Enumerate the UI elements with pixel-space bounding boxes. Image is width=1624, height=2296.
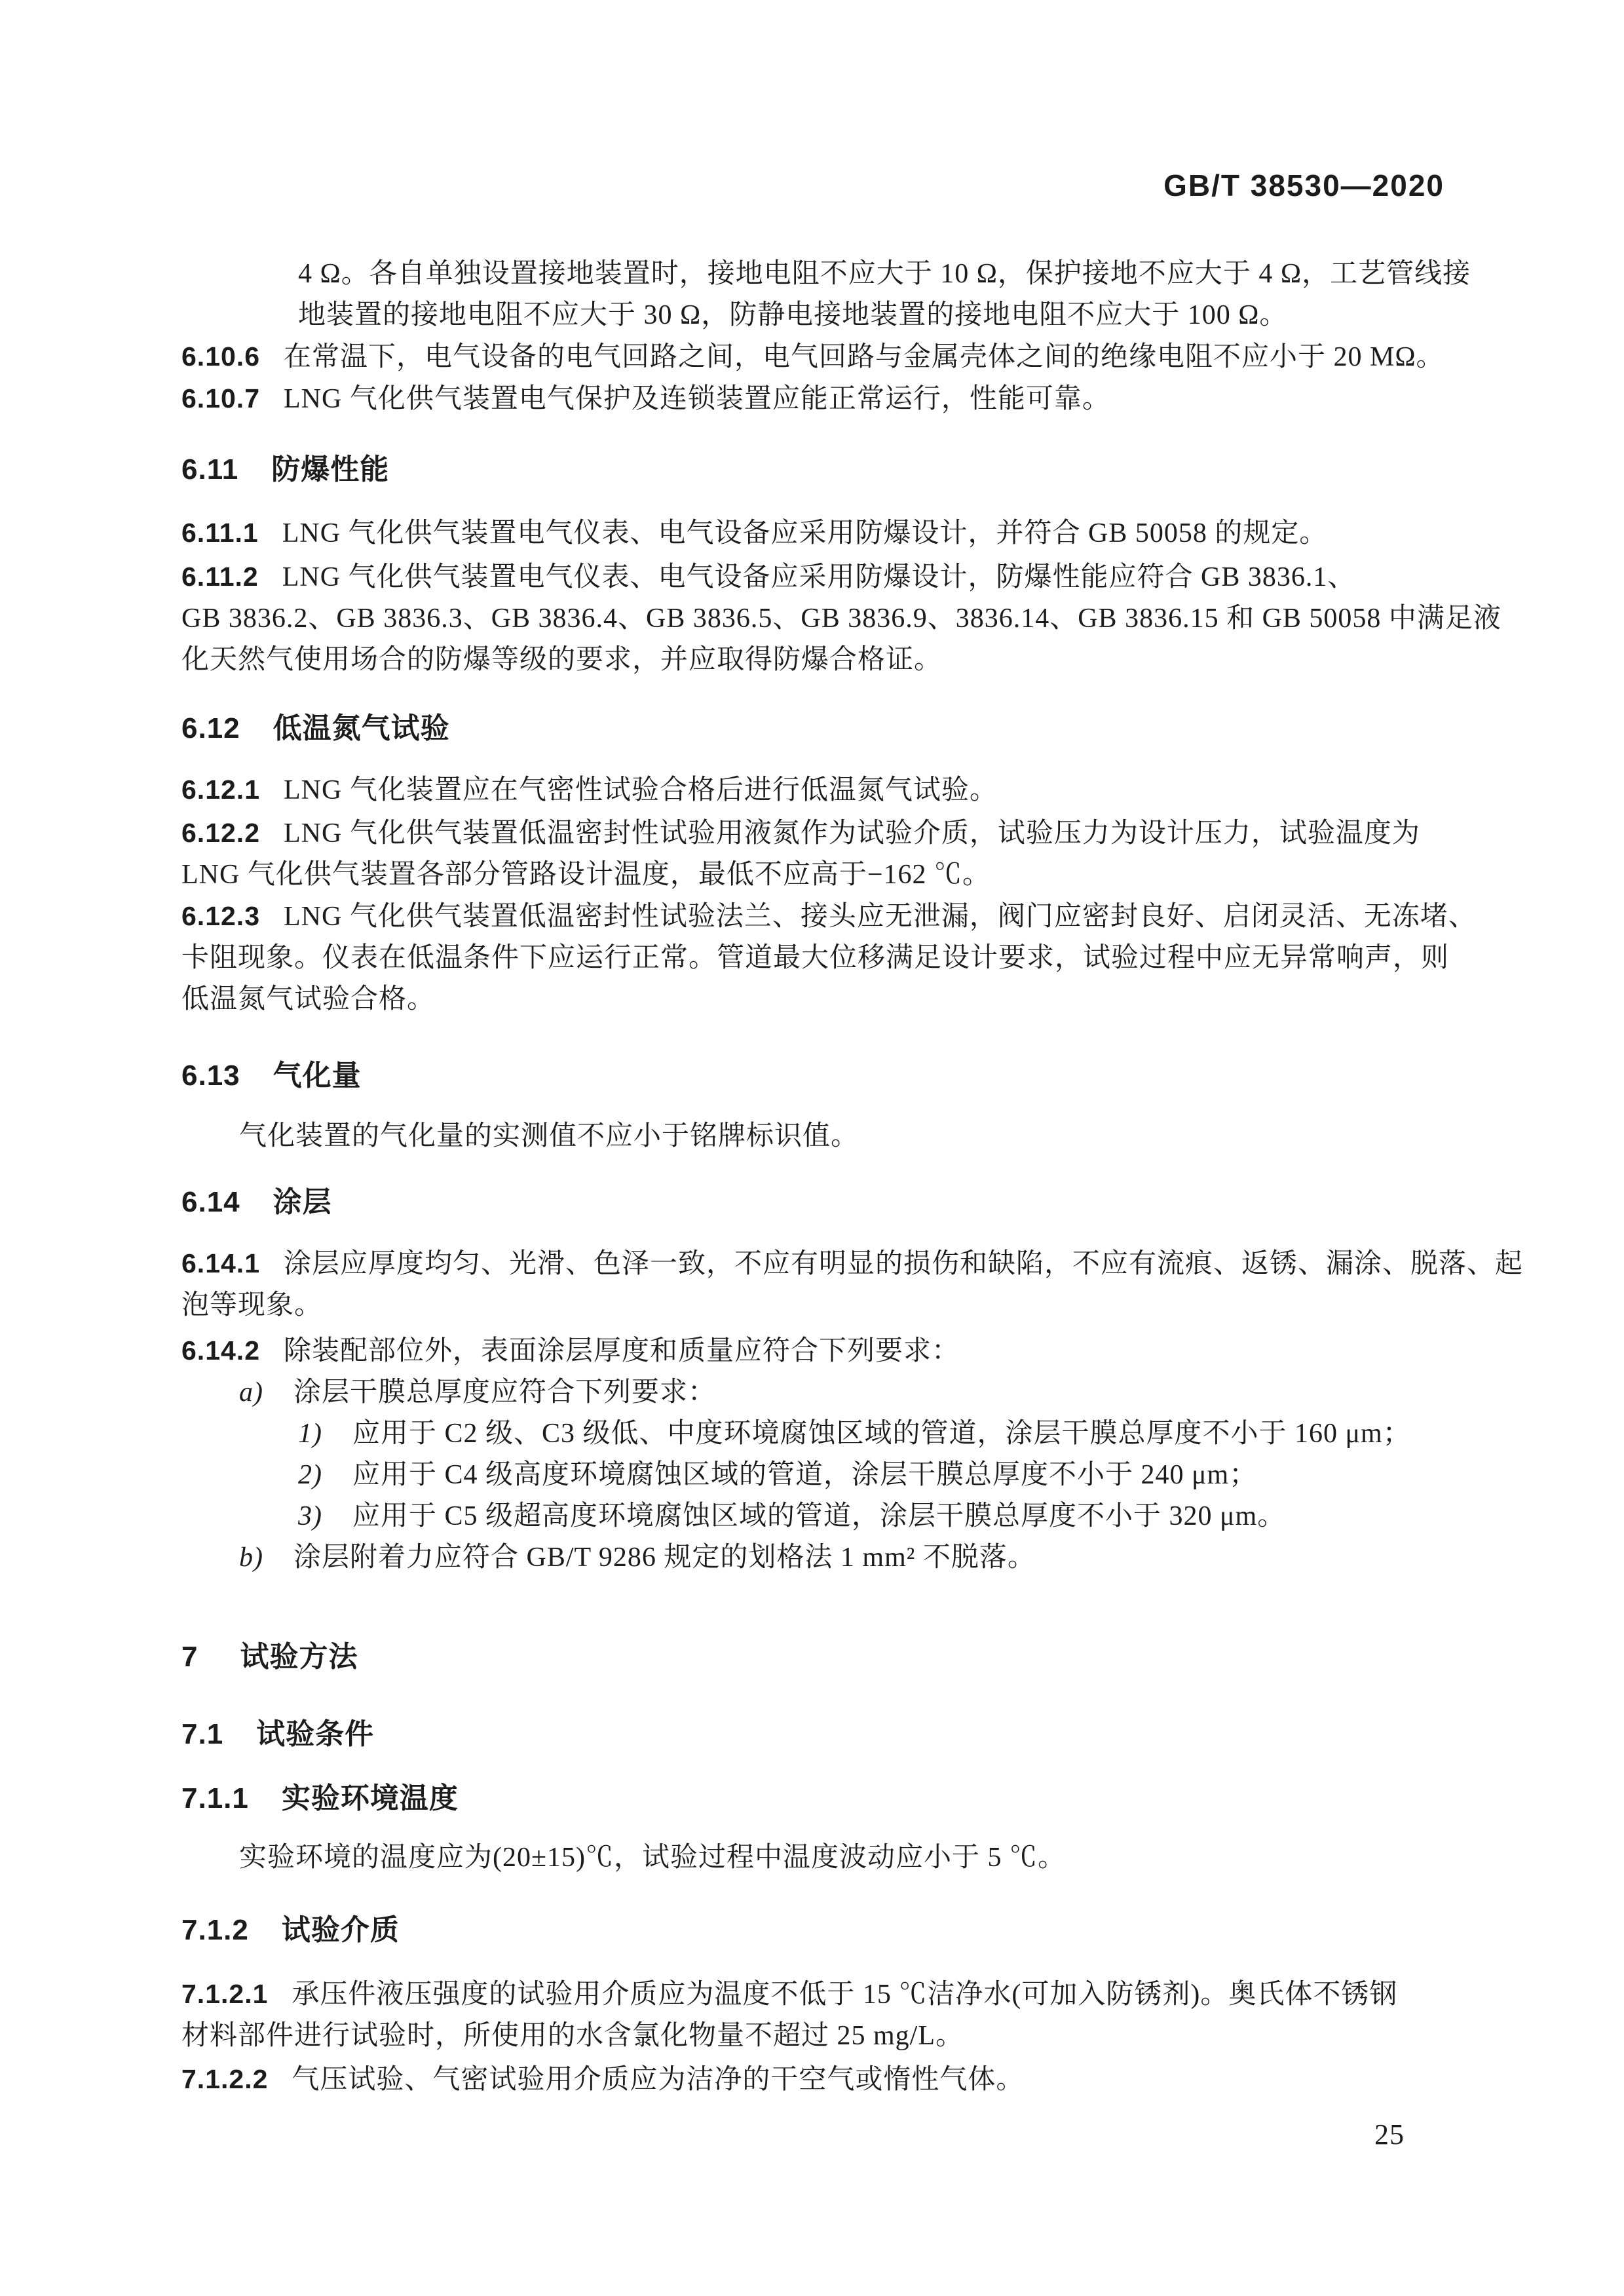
list-text: 涂层附着力应符合 GB/T 9286 规定的划格法 1 mm² 不脱落。 <box>293 1542 1036 1573</box>
heading-number: 6.13 <box>181 1060 240 1092</box>
clause-6-10-7: 6.10.7LNG 气化供气装置电气保护及连锁装置应能正常运行，性能可靠。 <box>181 378 1464 420</box>
clause-text: LNG 气化供气装置电气仪表、电气设备应采用防爆设计，并符合 GB 50058 … <box>282 518 1328 548</box>
heading-6-14: 6.14涂层 <box>181 1181 1464 1223</box>
clause-number: 6.11.2 <box>181 562 259 592</box>
heading-7-1-2: 7.1.2试验介质 <box>181 1909 1464 1951</box>
clause-6-14-1-line: 泡等现象。 <box>181 1285 1464 1326</box>
list-text: 应用于 C4 级高度环境腐蚀区域的管道，涂层干膜总厚度不小于 240 μm； <box>352 1460 1257 1490</box>
list-marker: 2) <box>298 1460 322 1490</box>
heading-7-1-1: 7.1.1实验环境温度 <box>181 1778 1464 1819</box>
clause-7-1-2-1: 7.1.2.1承压件液压强度的试验用介质应为温度不低于 15 ℃洁净水(可加入防… <box>181 1974 1464 2016</box>
paragraph-6-13: 气化装置的气化量的实测值不应小于铭牌标识值。 <box>181 1116 1464 1157</box>
clause-6-11-2-line: 化天然气使用场合的防爆等级的要求，并应取得防爆合格证。 <box>181 640 1464 681</box>
clause-number: 7.1.2.1 <box>181 1979 268 2009</box>
heading-6-13: 6.13气化量 <box>181 1055 1464 1096</box>
heading-title: 低温氮气试验 <box>273 712 450 744</box>
clause-number: 6.12.1 <box>181 775 260 805</box>
heading-title: 试验条件 <box>256 1718 374 1750</box>
clause-7-1-2-2: 7.1.2.2气压试验、气密试验用介质应为洁净的干空气或惰性气体。 <box>181 2059 1464 2101</box>
clause-6-12-2: 6.12.2LNG 气化供气装置低温密封性试验用液氮作为试验介质，试验压力为设计… <box>181 813 1464 854</box>
heading-6-11: 6.11防爆性能 <box>181 449 1464 490</box>
clause-text: LNG 气化供气装置电气保护及连锁装置应能正常运行，性能可靠。 <box>284 384 1110 414</box>
heading-title: 试验方法 <box>240 1641 358 1673</box>
list-marker: 1) <box>298 1419 322 1449</box>
clause-number: 6.14.2 <box>181 1335 260 1366</box>
heading-number: 6.12 <box>181 712 240 744</box>
clause-text: 气压试验、气密试验用介质应为洁净的干空气或惰性气体。 <box>292 2065 1024 2095</box>
clause-text: LNG 气化供气装置低温密封性试验法兰、接头应无泄漏，阀门应密封良好、启闭灵活、… <box>284 902 1477 932</box>
heading-number: 7 <box>181 1641 198 1673</box>
heading-number: 7.1.1 <box>181 1782 249 1814</box>
clause-number: 6.12.3 <box>181 901 260 931</box>
list-item-a-2: 2)应用于 C4 级高度环境腐蚀区域的管道，涂层干膜总厚度不小于 240 μm； <box>181 1455 1464 1496</box>
clause-number: 6.12.2 <box>181 818 260 848</box>
list-marker: a) <box>239 1377 263 1407</box>
heading-title: 实验环境温度 <box>282 1782 459 1814</box>
clause-6-12-3-line: 卡阻现象。仪表在低温条件下应运行正常。管道最大位移满足设计要求，试验过程中应无异… <box>181 938 1464 979</box>
heading-title: 防爆性能 <box>271 453 389 486</box>
clause-6-11-2: 6.11.2LNG 气化供气装置电气仪表、电气设备应采用防爆设计，防爆性能应符合… <box>181 556 1464 598</box>
clause-text: LNG 气化供气装置低温密封性试验用液氮作为试验介质，试验压力为设计压力，试验温… <box>284 818 1420 849</box>
list-item-b: b)涂层附着力应符合 GB/T 9286 规定的划格法 1 mm² 不脱落。 <box>181 1537 1464 1578</box>
list-text: 应用于 C5 级超高度环境腐蚀区域的管道，涂层干膜总厚度不小于 320 μm。 <box>352 1501 1285 1531</box>
paragraph-7-1-1: 实验环境的温度应为(20±15)℃，试验过程中温度波动应小于 5 ℃。 <box>181 1837 1464 1879</box>
heading-title: 涂层 <box>273 1186 332 1218</box>
heading-title: 试验介质 <box>282 1914 400 1946</box>
clause-6-14-1: 6.14.1涂层应厚度均匀、光滑、色泽一致，不应有明显的损伤和缺陷，不应有流痕、… <box>181 1243 1464 1285</box>
clause-6-12-3: 6.12.3LNG 气化供气装置低温密封性试验法兰、接头应无泄漏，阀门应密封良好… <box>181 896 1464 938</box>
page-number: 25 <box>181 2114 1464 2155</box>
list-marker: b) <box>239 1542 263 1573</box>
list-item-a: a)涂层干膜总厚度应符合下列要求： <box>181 1372 1464 1413</box>
clause-6-12-2-line: LNG 气化供气装置各部分管路设计温度，最低不应高于−162 ℃。 <box>181 854 1464 896</box>
clause-text: 除装配部位外，表面涂层厚度和质量应符合下列要求： <box>284 1336 960 1366</box>
heading-title: 气化量 <box>273 1060 362 1092</box>
clause-number: 6.10.6 <box>181 341 260 372</box>
heading-number: 7.1 <box>181 1718 223 1750</box>
clause-6-10-6: 6.10.6在常温下，电气设备的电气回路之间，电气回路与金属壳体之间的绝缘电阻不… <box>181 336 1464 378</box>
standard-code: GB/T 38530—2020 <box>181 165 1445 206</box>
heading-6-12: 6.12低温氮气试验 <box>181 708 1464 749</box>
heading-number: 6.11 <box>181 453 238 486</box>
clause-number: 7.1.2.2 <box>181 2064 268 2094</box>
clause-7-1-2-1-line: 材料部件进行试验时，所使用的水含氯化物量不超过 25 mg/L。 <box>181 2016 1464 2057</box>
clause-6-11-2-line: GB 3836.2、GB 3836.3、GB 3836.4、GB 3836.5、… <box>181 598 1464 640</box>
heading-number: 6.14 <box>181 1186 240 1218</box>
clause-text: LNG 气化装置应在气密性试验合格后进行低温氮气试验。 <box>284 775 998 805</box>
list-item-a-1: 1)应用于 C2 级、C3 级低、中度环境腐蚀区域的管道，涂层干膜总厚度不小于 … <box>181 1413 1464 1455</box>
clause-6-12-3-line: 低温氮气试验合格。 <box>181 979 1464 1020</box>
clause-text: 涂层应厚度均匀、光滑、色泽一致，不应有明显的损伤和缺陷，不应有流痕、返锈、漏涂、… <box>284 1249 1523 1279</box>
clause-6-11-1: 6.11.1LNG 气化供气装置电气仪表、电气设备应采用防爆设计，并符合 GB … <box>181 512 1464 554</box>
clause-text: 在常温下，电气设备的电气回路之间，电气回路与金属壳体之间的绝缘电阻不应小于 20… <box>284 342 1445 372</box>
heading-7: 7试验方法 <box>181 1636 1464 1677</box>
clause-6-12-1: 6.12.1LNG 气化装置应在气密性试验合格后进行低温氮气试验。 <box>181 769 1464 811</box>
list-item-a-3: 3)应用于 C5 级超高度环境腐蚀区域的管道，涂层干膜总厚度不小于 320 μm… <box>181 1496 1464 1537</box>
list-text: 涂层干膜总厚度应符合下列要求： <box>293 1377 716 1407</box>
clause-6-14-2: 6.14.2除装配部位外，表面涂层厚度和质量应符合下列要求： <box>181 1330 1464 1372</box>
continued-paragraph-line: 4 Ω。各自单独设置接地装置时，接地电阻不应大于 10 Ω，保护接地不应大于 4… <box>181 254 1464 295</box>
clause-text: LNG 气化供气装置电气仪表、电气设备应采用防爆设计，防爆性能应符合 GB 38… <box>282 562 1356 592</box>
clause-number: 6.14.1 <box>181 1248 260 1278</box>
heading-7-1: 7.1试验条件 <box>181 1713 1464 1755</box>
clause-number: 6.11.1 <box>181 518 259 548</box>
clause-number: 6.10.7 <box>181 383 260 413</box>
continued-paragraph-line: 地装置的接地电阻不应大于 30 Ω，防静电接地装置的接地电阻不应大于 100 Ω… <box>181 295 1464 336</box>
heading-number: 7.1.2 <box>181 1914 249 1946</box>
document-page: GB/T 38530—2020 4 Ω。各自单独设置接地装置时，接地电阻不应大于… <box>0 0 1624 2296</box>
list-text: 应用于 C2 级、C3 级低、中度环境腐蚀区域的管道，涂层干膜总厚度不小于 16… <box>352 1419 1411 1449</box>
clause-text: 承压件液压强度的试验用介质应为温度不低于 15 ℃洁净水(可加入防锈剂)。奥氏体… <box>292 1980 1397 2010</box>
list-marker: 3) <box>298 1501 322 1531</box>
